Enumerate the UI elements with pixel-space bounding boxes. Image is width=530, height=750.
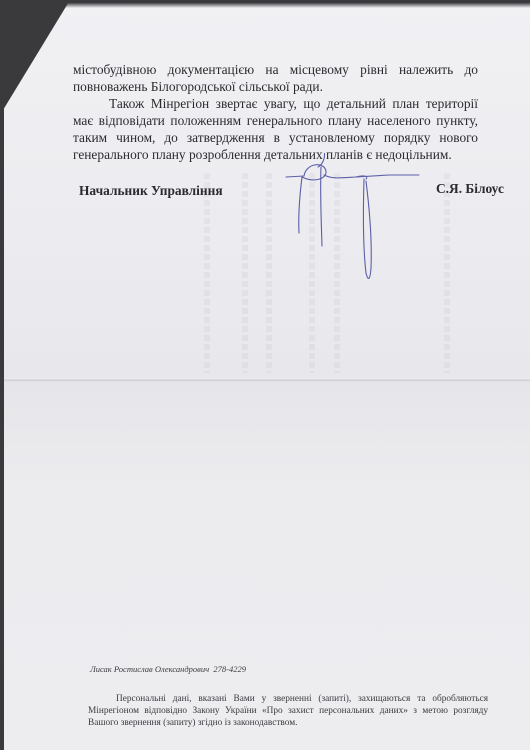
handwritten-signature	[284, 153, 424, 288]
scanned-document-page: містобудівною документацією на місцевому…	[4, 3, 530, 750]
executor-line: Лисак Ростислав Олександрович 278-4229	[90, 664, 246, 674]
letter-body: містобудівною документацією на місцевому…	[73, 61, 478, 163]
bleed-through-text	[242, 173, 248, 373]
bleed-through-text	[444, 173, 450, 373]
signatory-name: С.Я. Білоус	[436, 181, 504, 197]
executor-phone: 278-4229	[213, 664, 246, 674]
executor-name: Лисак Ростислав Олександрович	[90, 664, 209, 674]
bleed-through-text	[266, 173, 272, 373]
folded-corner	[0, 0, 70, 115]
page-fold-line	[4, 378, 530, 382]
bleed-through-text	[204, 173, 210, 373]
privacy-notice: Персональні дані, вказані Вами у звернен…	[88, 693, 488, 729]
signatory-position: Начальник Управління	[79, 183, 223, 199]
body-paragraph-1: містобудівною документацією на місцевому…	[73, 61, 478, 95]
scan-top-shadow	[4, 3, 530, 8]
privacy-notice-text: Персональні дані, вказані Вами у звернен…	[88, 693, 488, 729]
